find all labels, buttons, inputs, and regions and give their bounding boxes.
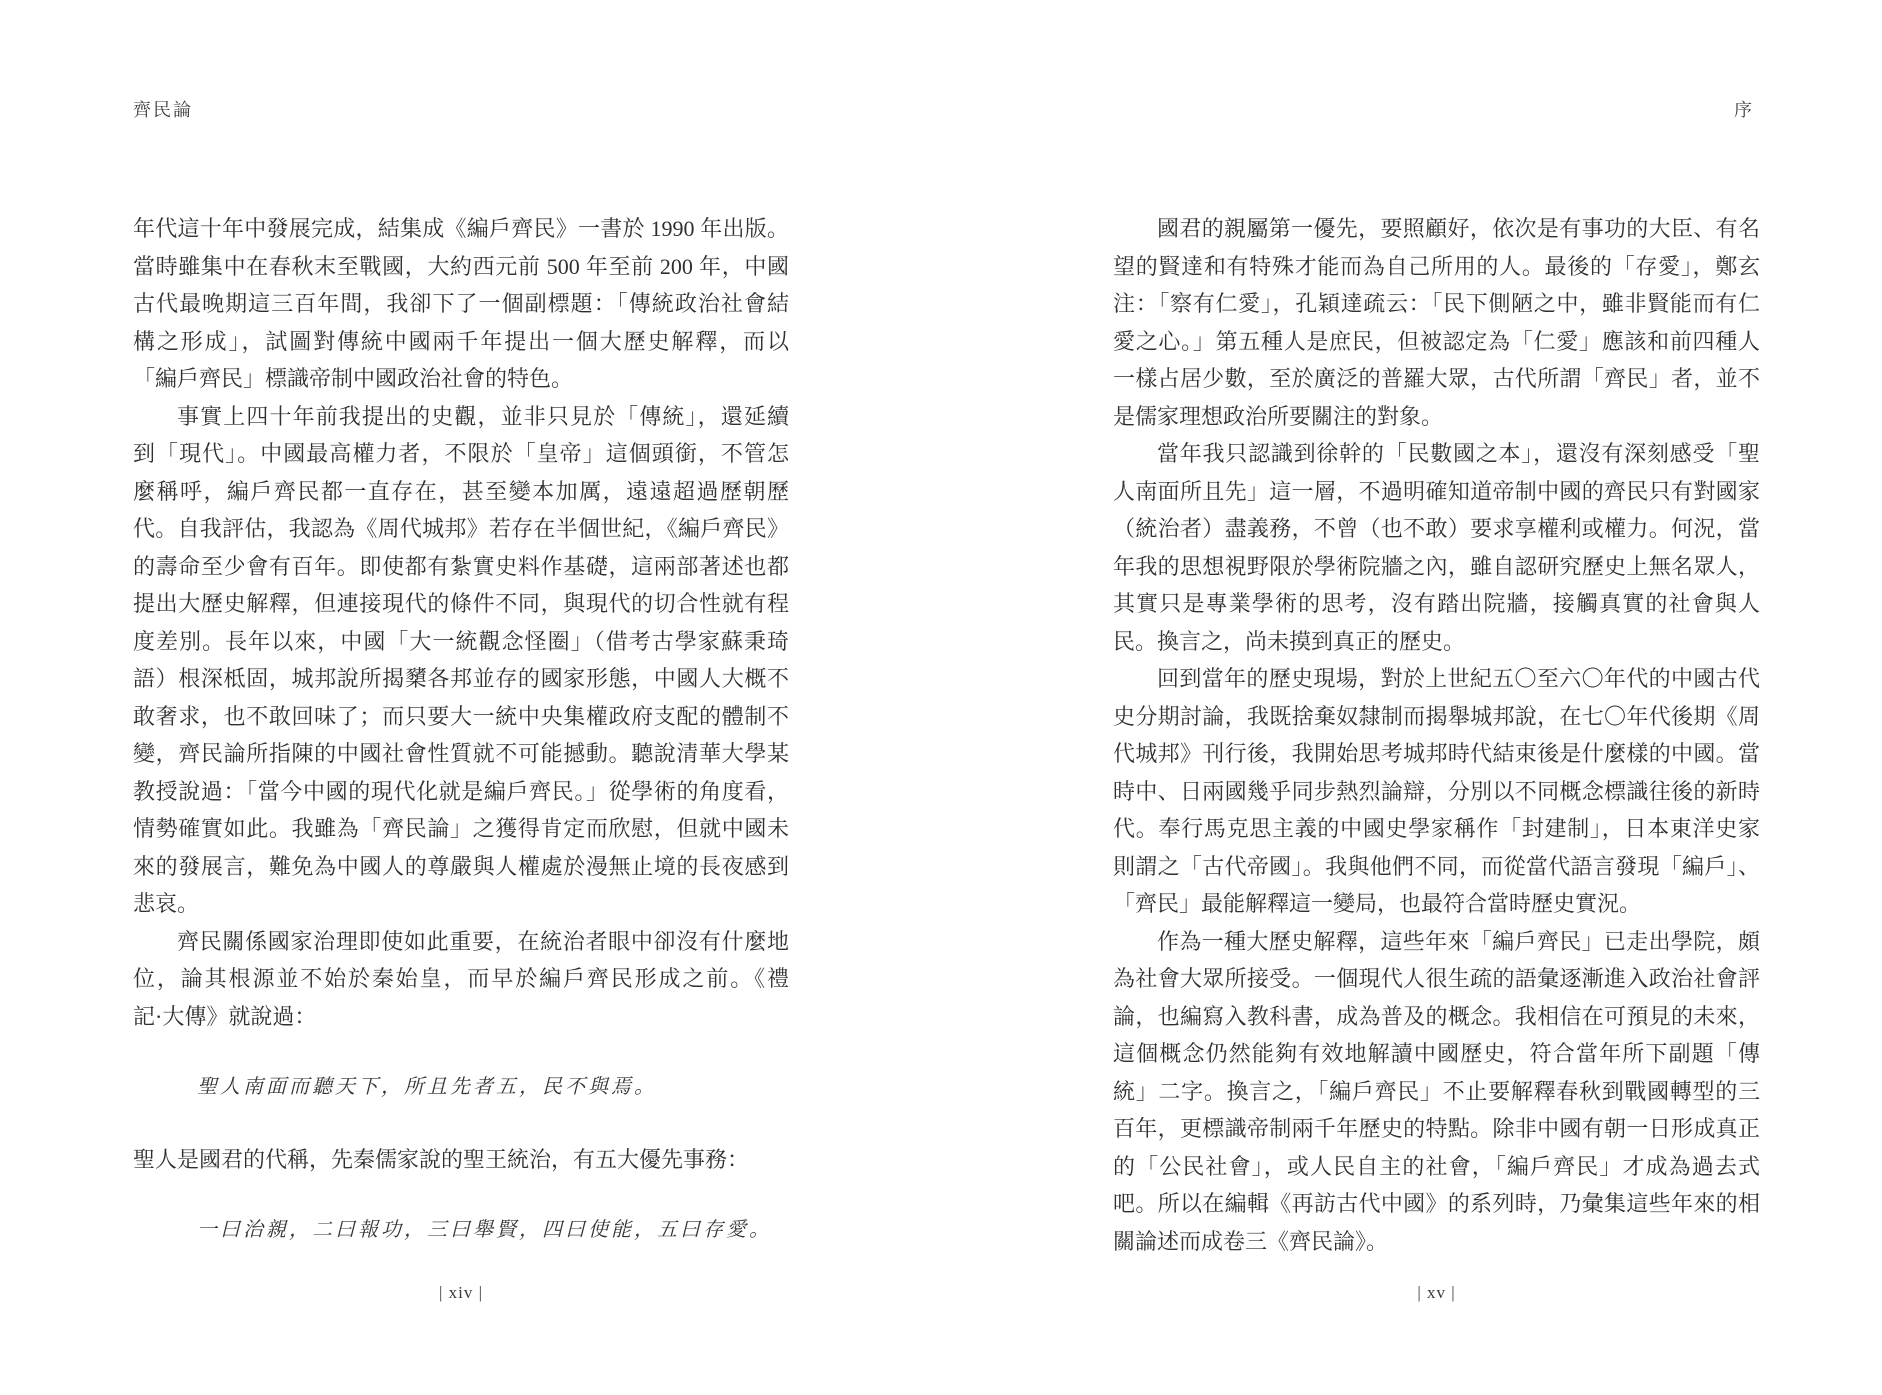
text-line: 當年我只認識到徐幹的「民數國之本」，還沒有深刻感受「聖 xyxy=(1113,435,1760,473)
text-line: 國君的親屬第一優先，要照顧好，依次是有事功的大臣、有名 xyxy=(1113,210,1760,248)
text-line: 古代最晚期這三百年間，我卻下了一個副標題：「傳統政治社會結 xyxy=(133,285,789,323)
text-line: 吧。所以在編輯《再訪古代中國》的系列時，乃彙集這些年來的相 xyxy=(1113,1185,1760,1223)
text-line: 作為一種大歷史解釋，這些年來「編戶齊民」已走出學院，頗 xyxy=(1113,923,1760,961)
text-line: 到「現代」。中國最高權力者，不限於「皇帝」這個頭銜，不管怎 xyxy=(133,435,789,473)
text-line: 「編戶齊民」標識帝制中國政治社會的特色。 xyxy=(133,360,789,398)
quote-line: 聖人南面而聽天下，所且先者五，民不與焉。 xyxy=(133,1069,789,1107)
text-line: 統」二字。換言之，「編戶齊民」不止要解釋春秋到戰國轉型的三 xyxy=(1113,1073,1760,1111)
text-line: 語）根深柢固，城邦說所揭櫫各邦並存的國家形態，中國人大概不 xyxy=(133,660,789,698)
text-line: 代。自我評估，我認為《周代城邦》若存在半個世紀，《編戶齊民》 xyxy=(133,510,789,548)
left-page-text-column: 年代這十年中發展完成，結集成《編戶齊民》一書於 1990 年出版。 當時雖集中在… xyxy=(133,210,789,1250)
text-line: 代城邦》刊行後，我開始思考城邦時代結束後是什麼樣的中國。當 xyxy=(1113,735,1760,773)
paragraph: 事實上四十年前我提出的史觀，並非只見於「傳統」，還延續 到「現代」。中國最高權力… xyxy=(133,398,789,923)
text-line: 聖人是國君的代稱，先秦儒家說的聖王統治，有五大優先事務： xyxy=(133,1141,789,1179)
running-header-right: 序 xyxy=(1113,96,1760,122)
text-line: 來的發展言，難免為中國人的尊嚴與人權處於漫無止境的長夜感到 xyxy=(133,848,789,886)
text-line: 望的賢達和有特殊才能而為自己所用的人。最後的「存愛」，鄭玄 xyxy=(1113,248,1760,286)
text-line: 則謂之「古代帝國」。我與他們不同，而從當代語言發現「編戶」、 xyxy=(1113,848,1760,886)
paragraph: 國君的親屬第一優先，要照顧好，依次是有事功的大臣、有名 望的賢達和有特殊才能而為… xyxy=(1113,210,1760,435)
text-line: 記·大傳》就說過： xyxy=(133,998,789,1036)
paragraph: 聖人是國君的代稱，先秦儒家說的聖王統治，有五大優先事務： xyxy=(133,1141,789,1179)
text-line: 人南面所且先」這一層，不過明確知道帝制中國的齊民只有對國家 xyxy=(1113,473,1760,511)
classical-quote: 聖人南面而聽天下，所且先者五，民不與焉。 xyxy=(133,1069,789,1107)
text-line: 的壽命至少會有百年。即使都有紮實史料作基礎，這兩部著述也都 xyxy=(133,548,789,586)
classical-quote: 一曰治親，二曰報功，三曰舉賢，四曰使能，五曰存愛。 xyxy=(133,1212,789,1250)
text-line: 史分期討論，我既捨棄奴隸制而揭舉城邦說，在七〇年代後期《周 xyxy=(1113,698,1760,736)
text-line: 年我的思想視野限於學術院牆之內，雖自認研究歷史上無名眾人， xyxy=(1113,548,1760,586)
text-line: （統治者）盡義務，不曾（也不敢）要求享權利或權力。何況，當 xyxy=(1113,510,1760,548)
text-line: 事實上四十年前我提出的史觀，並非只見於「傳統」，還延續 xyxy=(133,398,789,436)
text-line: 時中、日兩國幾乎同步熱烈論辯，分別以不同概念標識往後的新時 xyxy=(1113,773,1760,811)
paragraph: 年代這十年中發展完成，結集成《編戶齊民》一書於 1990 年出版。 當時雖集中在… xyxy=(133,210,789,398)
text-line: 論，也編寫入教科書，成為普及的概念。我相信在可預見的未來， xyxy=(1113,998,1760,1036)
text-line: 教授說過：「當今中國的現代化就是編戶齊民。」從學術的角度看， xyxy=(133,773,789,811)
text-line: 構之形成」，試圖對傳統中國兩千年提出一個大歷史解釋，而以 xyxy=(133,323,789,361)
text-line: 情勢確實如此。我雖為「齊民論」之獲得肯定而欣慰，但就中國未 xyxy=(133,810,789,848)
text-line: 其實只是專業學術的思考，沒有踏出院牆，接觸真實的社會與人 xyxy=(1113,585,1760,623)
text-line: 「齊民」最能解釋這一變局，也最符合當時歷史實況。 xyxy=(1113,885,1760,923)
quote-line: 一曰治親，二曰報功，三曰舉賢，四曰使能，五曰存愛。 xyxy=(133,1212,789,1250)
text-line: 敢奢求，也不敢回味了；而只要大一統中央集權政府支配的體制不 xyxy=(133,698,789,736)
text-line: 注：「察有仁愛」，孔穎達疏云：「民下側陋之中，雖非賢能而有仁 xyxy=(1113,285,1760,323)
text-line: 位，論其根源並不始於秦始皇，而早於編戶齊民形成之前。《禮 xyxy=(133,960,789,998)
text-line: 麼稱呼，編戶齊民都一直存在，甚至變本加厲，遠遠超過歷朝歷 xyxy=(133,473,789,511)
book-spread: { "spread": { "left_page": { "running_he… xyxy=(0,0,1882,1395)
text-line: 愛之心。」第五種人是庶民，但被認定為「仁愛」應該和前四種人 xyxy=(1113,323,1760,361)
text-line: 一樣占居少數，至於廣泛的普羅大眾，古代所謂「齊民」者，並不 xyxy=(1113,360,1760,398)
text-line: 民。換言之，尚未摸到真正的歷史。 xyxy=(1113,623,1760,661)
paragraph: 作為一種大歷史解釋，這些年來「編戶齊民」已走出學院，頗 為社會大眾所接受。一個現… xyxy=(1113,923,1760,1261)
text-line: 回到當年的歷史現場，對於上世紀五〇至六〇年代的中國古代 xyxy=(1113,660,1760,698)
text-line: 度差別。長年以來，中國「大一統觀念怪圈」（借考古學家蘇秉琦 xyxy=(133,623,789,661)
text-line: 關論述而成卷三《齊民論》。 xyxy=(1113,1223,1760,1261)
running-header-left: 齊民論 xyxy=(133,96,193,122)
paragraph: 當年我只認識到徐幹的「民數國之本」，還沒有深刻感受「聖 人南面所且先」這一層，不… xyxy=(1113,435,1760,660)
text-line: 悲哀。 xyxy=(133,885,789,923)
paragraph: 齊民關係國家治理即使如此重要，在統治者眼中卻沒有什麼地 位，論其根源並不始於秦始… xyxy=(133,923,789,1036)
paragraph: 回到當年的歷史現場，對於上世紀五〇至六〇年代的中國古代 史分期討論，我既捨棄奴隸… xyxy=(1113,660,1760,923)
text-line: 代。奉行馬克思主義的中國史學家稱作「封建制」，日本東洋史家 xyxy=(1113,810,1760,848)
right-page-text-column: 國君的親屬第一優先，要照顧好，依次是有事功的大臣、有名 望的賢達和有特殊才能而為… xyxy=(1113,210,1760,1260)
text-line: 當時雖集中在春秋末至戰國，大約西元前 500 年至前 200 年，中國 xyxy=(133,248,789,286)
text-line: 年代這十年中發展完成，結集成《編戶齊民》一書於 1990 年出版。 xyxy=(133,210,789,248)
page-number-left: | xiv | xyxy=(133,1283,789,1303)
text-line: 是儒家理想政治所要關注的對象。 xyxy=(1113,398,1760,436)
text-line: 變，齊民論所指陳的中國社會性質就不可能撼動。聽說清華大學某 xyxy=(133,735,789,773)
page-number-right: | xv | xyxy=(1113,1283,1760,1303)
text-line: 百年，更標識帝制兩千年歷史的特點。除非中國有朝一日形成真正 xyxy=(1113,1110,1760,1148)
text-line: 齊民關係國家治理即使如此重要，在統治者眼中卻沒有什麼地 xyxy=(133,923,789,961)
text-line: 的「公民社會」，或人民自主的社會，「編戶齊民」才成為過去式 xyxy=(1113,1148,1760,1186)
text-line: 為社會大眾所接受。一個現代人很生疏的語彙逐漸進入政治社會評 xyxy=(1113,960,1760,998)
text-line: 這個概念仍然能夠有效地解讀中國歷史，符合當年所下副題「傳 xyxy=(1113,1035,1760,1073)
text-line: 提出大歷史解釋，但連接現代的條件不同，與現代的切合性就有程 xyxy=(133,585,789,623)
